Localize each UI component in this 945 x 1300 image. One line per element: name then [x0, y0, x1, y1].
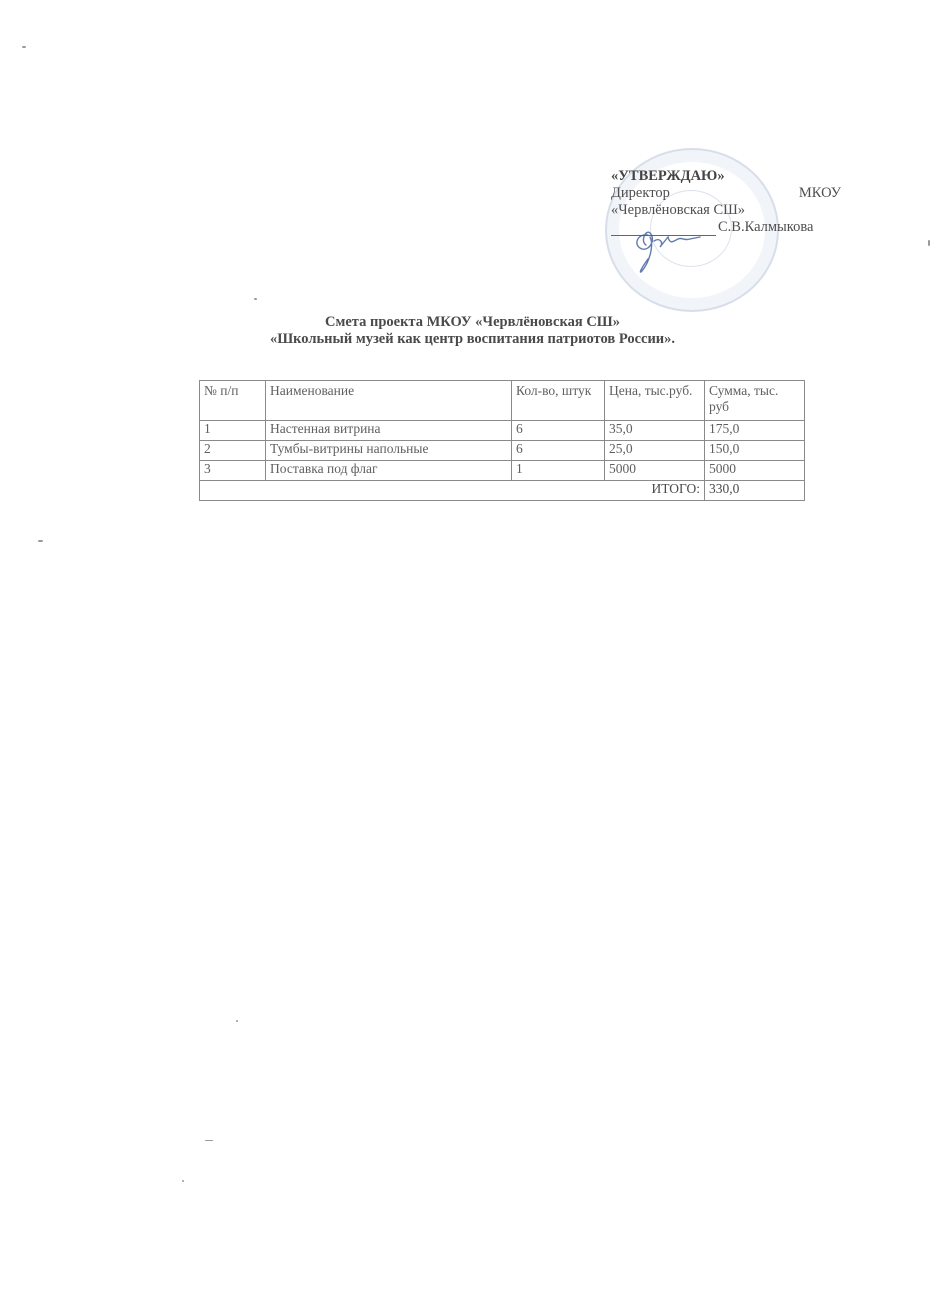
- approval-position-left: Директор: [611, 185, 670, 202]
- table-row: 2 Тумбы-витрины напольные 6 25,0 150,0: [200, 441, 805, 461]
- cell-qty: 6: [512, 421, 605, 441]
- total-label: ИТОГО:: [200, 481, 705, 501]
- cell-name: Поставка под флаг: [266, 461, 512, 481]
- scan-speck: [928, 240, 930, 246]
- total-value: 330,0: [705, 481, 805, 501]
- signature-line: [611, 221, 716, 236]
- approval-position-row: Директор МКОУ: [611, 185, 841, 202]
- header-num: № п/п: [200, 381, 266, 421]
- cell-sum: 175,0: [705, 421, 805, 441]
- cell-name: Тумбы-витрины напольные: [266, 441, 512, 461]
- cell-price: 35,0: [605, 421, 705, 441]
- cell-qty: 6: [512, 441, 605, 461]
- header-price: Цена, тыс.руб.: [605, 381, 705, 421]
- approval-position-right: МКОУ: [799, 185, 841, 202]
- document-page: «УТВЕРЖДАЮ» Директор МКОУ «Червлёновская…: [0, 0, 945, 1300]
- approval-signature-row: С.В.Калмыкова: [611, 219, 841, 236]
- scan-speck: [254, 298, 257, 300]
- cell-name: Настенная витрина: [266, 421, 512, 441]
- document-title: Смета проекта МКОУ «Червлёновская СШ» «Ш…: [0, 314, 945, 348]
- title-line-2: «Школьный музей как центр воспитания пат…: [0, 331, 945, 348]
- title-line-1: Смета проекта МКОУ «Червлёновская СШ»: [0, 314, 945, 331]
- scan-speck: [22, 46, 26, 48]
- cell-num: 1: [200, 421, 266, 441]
- table-total-row: ИТОГО: 330,0: [200, 481, 805, 501]
- scan-speck: [38, 540, 43, 542]
- scan-speck: [205, 1140, 213, 1141]
- scan-speck: [236, 1020, 238, 1022]
- approval-organization: «Червлёновская СШ»: [611, 202, 841, 219]
- table-row: 1 Настенная витрина 6 35,0 175,0: [200, 421, 805, 441]
- cell-qty: 1: [512, 461, 605, 481]
- cell-num: 3: [200, 461, 266, 481]
- scan-speck: [182, 1180, 184, 1182]
- approval-heading: «УТВЕРЖДАЮ»: [611, 168, 841, 185]
- approval-signatory: С.В.Калмыкова: [718, 219, 813, 236]
- estimate-table: № п/п Наименование Кол-во, штук Цена, ты…: [199, 380, 805, 501]
- table-row: 3 Поставка под флаг 1 5000 5000: [200, 461, 805, 481]
- header-name: Наименование: [266, 381, 512, 421]
- cell-price: 25,0: [605, 441, 705, 461]
- header-qty: Кол-во, штук: [512, 381, 605, 421]
- cell-sum: 150,0: [705, 441, 805, 461]
- cell-price: 5000: [605, 461, 705, 481]
- cell-num: 2: [200, 441, 266, 461]
- table-header-row: № п/п Наименование Кол-во, штук Цена, ты…: [200, 381, 805, 421]
- approval-block: «УТВЕРЖДАЮ» Директор МКОУ «Червлёновская…: [611, 168, 841, 236]
- header-sum: Сумма, тыс. руб: [705, 381, 805, 421]
- cell-sum: 5000: [705, 461, 805, 481]
